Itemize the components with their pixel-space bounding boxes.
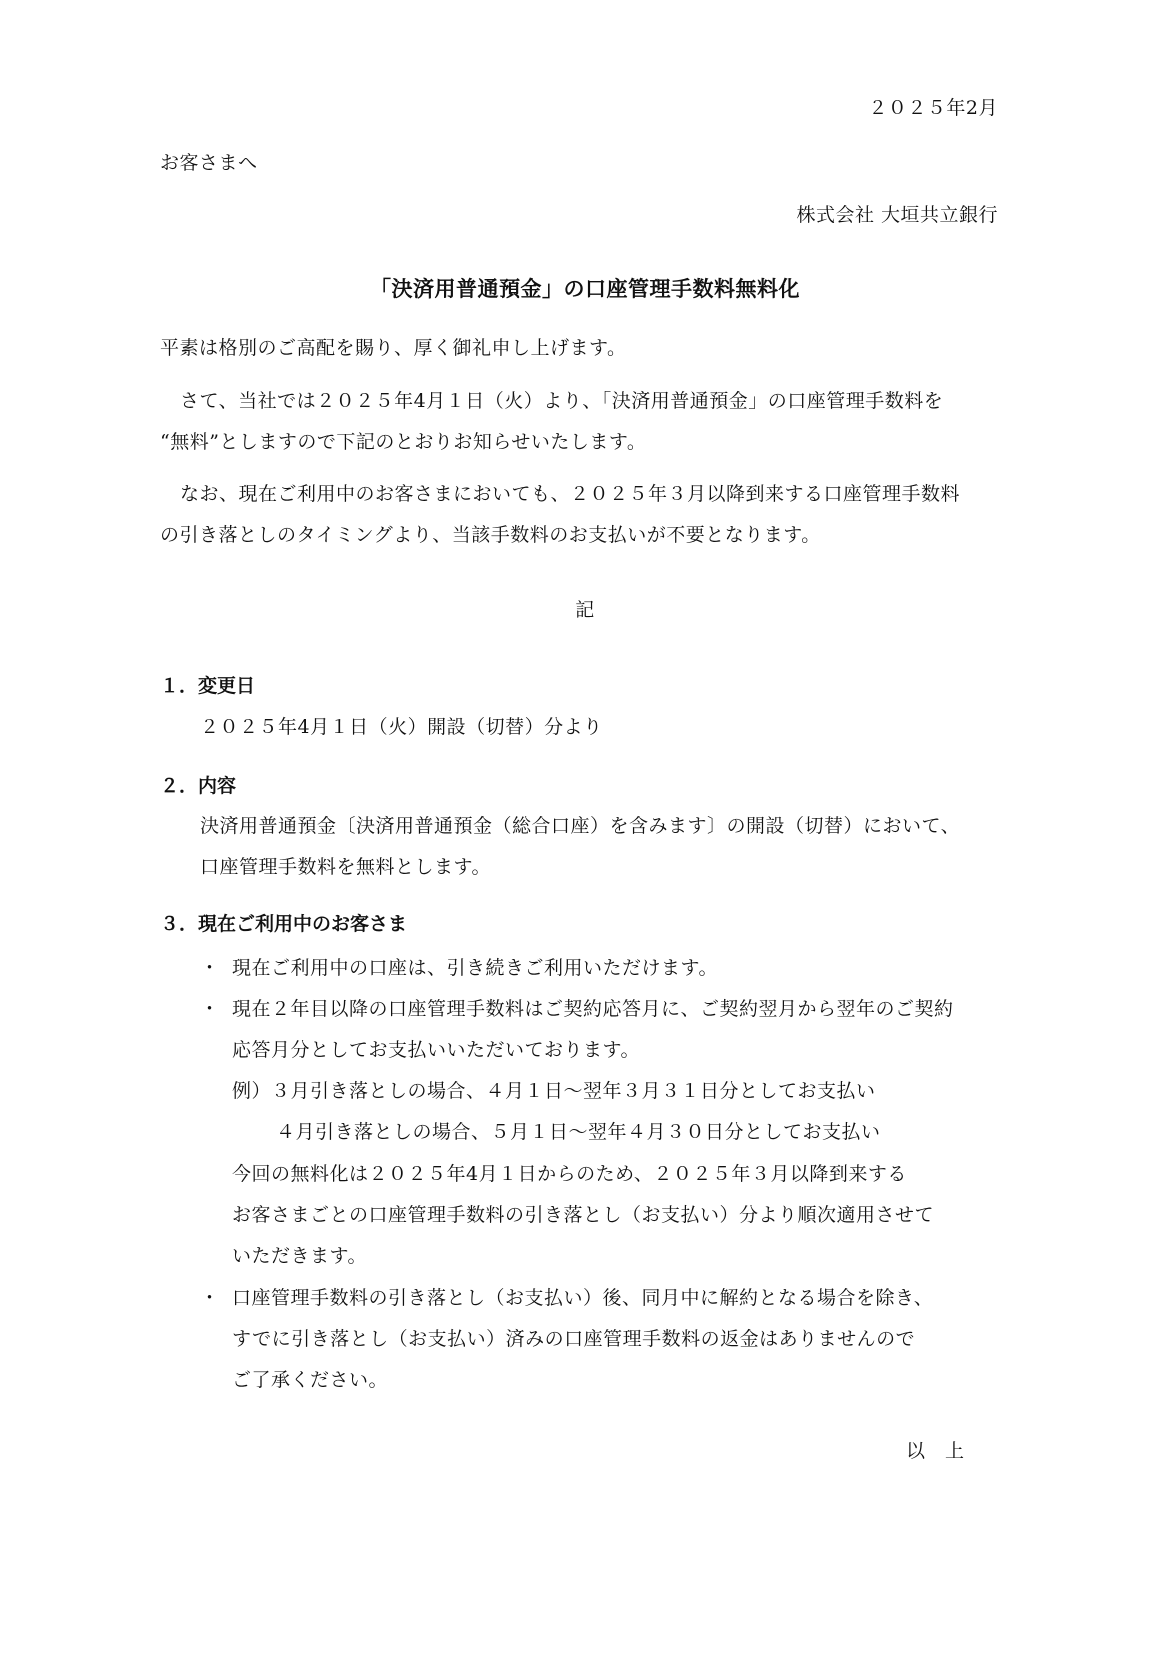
- example-line-1: 例）３月引き落としの場合、４月１日～翌年３月３１日分としてお支払い: [232, 1079, 876, 1103]
- section-2-line-2: 口座管理手数料を無料とします。: [200, 855, 491, 879]
- document-date: ２０２５年2月: [868, 96, 998, 120]
- section-2-heading: ２．内容: [160, 774, 236, 798]
- bullet-2-line-5: 今回の無料化は２０２５年4月１日からのため、２０２５年３月以降到来する: [232, 1162, 907, 1186]
- note-line-1: なお、現在ご利用中のお客さまにおいても、２０２５年３月以降到来する口座管理手数料: [180, 482, 960, 506]
- section-3-heading: ３．現在ご利用中のお客さま: [160, 912, 407, 936]
- document-page: ２０２５年2月 お客さまへ 株式会社 大垣共立銀行 「決済用普通預金」の口座管理…: [0, 0, 1170, 1655]
- intro-line-1: さて、当社では２０２５年4月１日（火）より、「決済用普通預金」の口座管理手数料を: [180, 389, 943, 413]
- intro-line-2: “無料”としますので下記のとおりお知らせいたします。: [160, 430, 646, 454]
- note-line-2: の引き落としのタイミングより、当該手数料のお支払いが不要となります。: [160, 523, 821, 547]
- ki-marker: 記: [0, 598, 1170, 622]
- bullet-2-line-7: いただきます。: [232, 1244, 367, 1268]
- bullet-3-line-1: 口座管理手数料の引き落とし（お支払い）後、同月中に解約となる場合を除き、: [232, 1286, 933, 1310]
- document-title: 「決済用普通預金」の口座管理手数料無料化: [0, 273, 1170, 303]
- addressee: お客さまへ: [160, 151, 258, 175]
- sender-name: 株式会社 大垣共立銀行: [796, 203, 998, 227]
- bullet-marker: ・: [200, 1286, 219, 1310]
- bullet-3-line-2: すでに引き落とし（お支払い）済みの口座管理手数料の返金はありませんので: [232, 1327, 915, 1351]
- greeting: 平素は格別のご高配を賜り、厚く御礼申し上げます。: [160, 336, 626, 360]
- bullet-marker: ・: [200, 956, 219, 980]
- closing-mark: 以 上: [906, 1439, 965, 1463]
- bullet-2-line-2: 応答月分としてお支払いいただいております。: [232, 1038, 640, 1062]
- bullet-2-line-1: 現在２年目以降の口座管理手数料はご契約応答月に、ご契約翌月から翌年のご契約: [232, 997, 954, 1021]
- bullet-3-line-3: ご了承ください。: [232, 1368, 388, 1392]
- section-2-line-1: 決済用普通預金〔決済用普通預金（総合口座）を含みます〕の開設（切替）において、: [200, 814, 960, 838]
- example-line-2: ４月引き落としの場合、５月１日～翌年４月３０日分としてお支払い: [276, 1120, 881, 1144]
- bullet-2-line-6: お客さまごとの口座管理手数料の引き落とし（お支払い）分より順次適用させて: [232, 1203, 934, 1227]
- bullet-marker: ・: [200, 997, 219, 1021]
- section-1-heading: １．変更日: [160, 674, 255, 698]
- bullet-1-line-1: 現在ご利用中の口座は、引き続きご利用いただけます。: [232, 956, 718, 980]
- section-1-line-1: ２０２５年4月１日（火）開設（切替）分より: [200, 715, 603, 739]
